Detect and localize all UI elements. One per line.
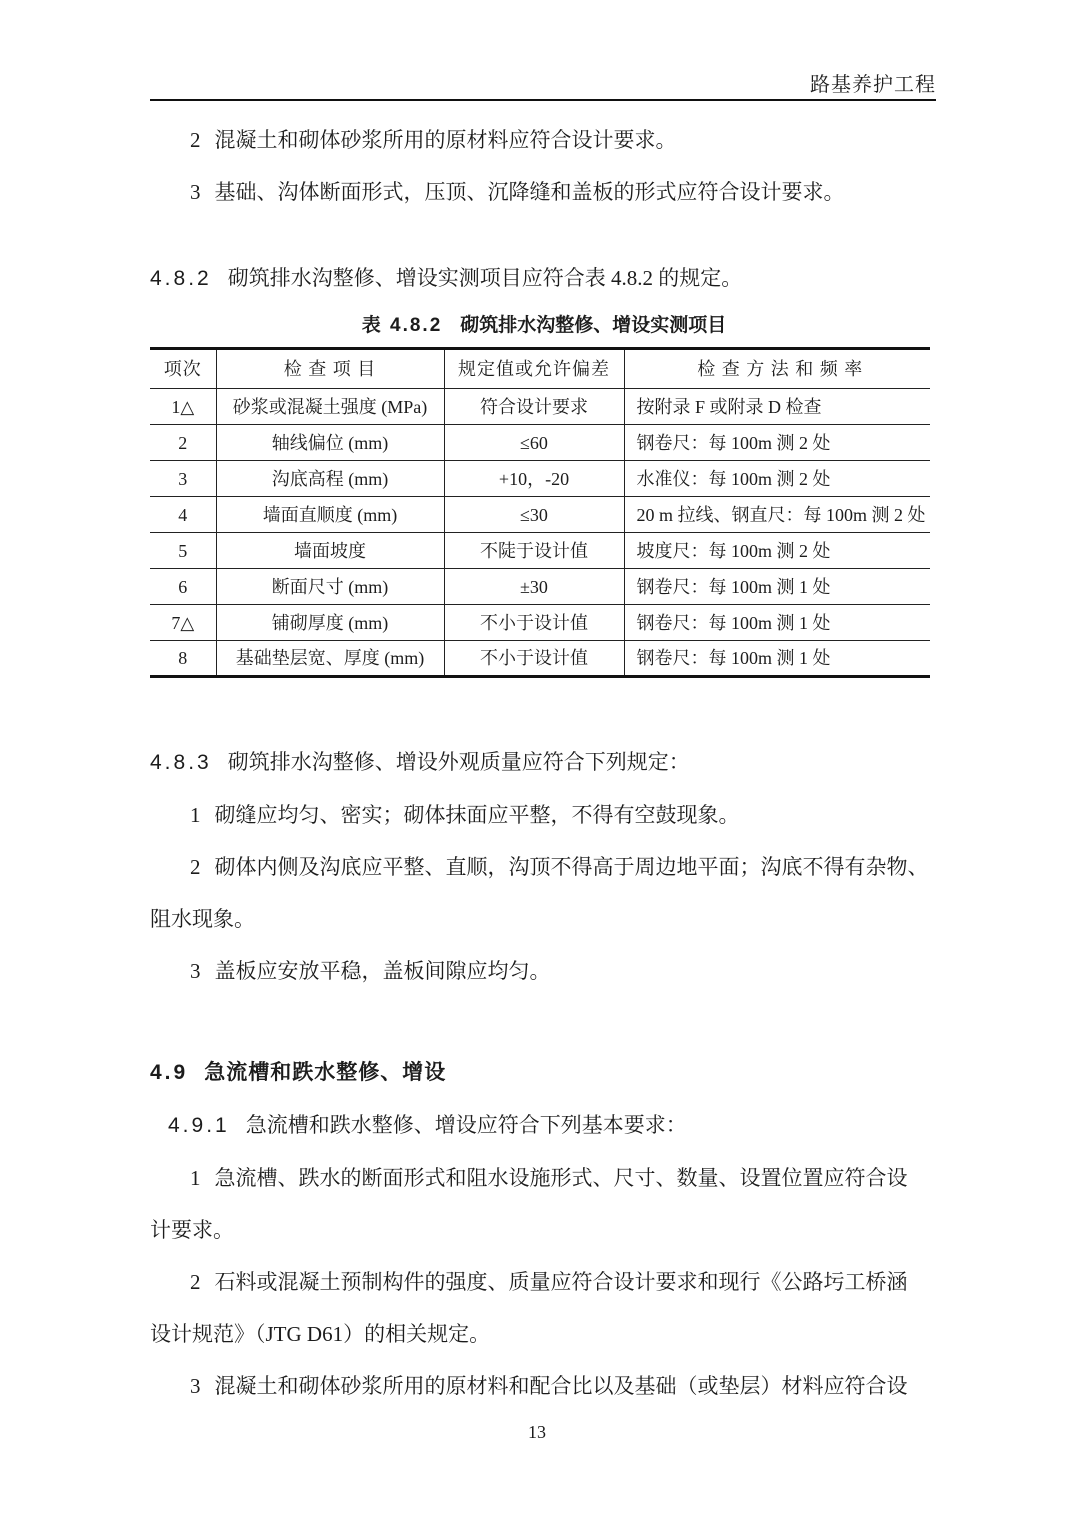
clause-text: 砌筑排水沟整修、增设外观质量应符合下列规定： <box>228 750 690 774</box>
list-item-continuation: 设计规范》（JTG D61）的相关规定。 <box>150 1308 938 1360</box>
column-header: 规定值或允许偏差 <box>444 349 624 389</box>
table-cell: 基础垫层宽、厚度 (mm) <box>216 641 444 677</box>
table-caption-label: 表 4.8.2 <box>362 315 443 336</box>
list-item-text: 砌缝应均匀、密实；砌体抹面应平整，不得有空鼓现象。 <box>215 803 740 827</box>
column-header: 项次 <box>150 349 216 389</box>
table-row: 5墙面坡度不陡于设计值坡度尺：每 100m 测 2 处 <box>150 533 930 569</box>
table-cell: 6 <box>150 569 216 605</box>
page-content: 2混凝土和砌体砂浆所用的原材料应符合设计要求。 3基础、沟体断面形式，压顶、沉降… <box>150 114 938 1412</box>
list-item-text: 混凝土和砌体砂浆所用的原材料和配合比以及基础（或垫层）材料应符合设 <box>215 1374 908 1398</box>
table-cell: 断面尺寸 (mm) <box>216 569 444 605</box>
table-cell: 7△ <box>150 605 216 641</box>
document-page: 路基养护工程 2混凝土和砌体砂浆所用的原材料应符合设计要求。 3基础、沟体断面形… <box>0 0 1074 1520</box>
running-header: 路基养护工程 <box>150 68 936 97</box>
paragraph-text: 混凝土和砌体砂浆所用的原材料应符合设计要求。 <box>215 128 677 152</box>
list-item-number: 3 <box>190 945 201 997</box>
list-item-text: 急流槽、跌水的断面形式和阻水设施形式、尺寸、数量、设置位置应符合设 <box>215 1166 908 1190</box>
table-cell: 水准仪：每 100m 测 2 处 <box>624 461 930 497</box>
clause-number: 4.9.1 <box>168 1114 230 1137</box>
clause-4-8-2: 4.8.2砌筑排水沟整修、增设实测项目应符合表 4.8.2 的规定。 <box>150 252 938 305</box>
clause-4-9-1: 4.9.1急流槽和跌水整修、增设应符合下列基本要求： <box>150 1099 938 1152</box>
page-number: 13 <box>0 1422 1074 1443</box>
table-cell: 墙面直顺度 (mm) <box>216 497 444 533</box>
table-cell: 不小于设计值 <box>444 641 624 677</box>
table-cell: 3 <box>150 461 216 497</box>
table-cell: 钢卷尺：每 100m 测 2 处 <box>624 425 930 461</box>
list-item-number: 1 <box>190 789 201 841</box>
table-caption-title: 砌筑排水沟整修、增设实测项目 <box>460 315 726 336</box>
table-row: 6断面尺寸 (mm)±30钢卷尺：每 100m 测 1 处 <box>150 569 930 605</box>
list-item-number: 1 <box>190 1152 201 1204</box>
paragraph-text: 基础、沟体断面形式，压顶、沉降缝和盖板的形式应符合设计要求。 <box>215 180 845 204</box>
table-cell: 不陡于设计值 <box>444 533 624 569</box>
table-cell: 符合设计要求 <box>444 389 624 425</box>
clause-text: 急流槽和跌水整修、增设应符合下列基本要求： <box>246 1113 687 1137</box>
table-cell: 坡度尺：每 100m 测 2 处 <box>624 533 930 569</box>
running-header-title: 路基养护工程 <box>810 74 936 96</box>
table-row: 4墙面直顺度 (mm)≤3020 m 拉线、钢直尺：每 100m 测 2 处 <box>150 497 930 533</box>
list-item: 3混凝土和砌体砂浆所用的原材料和配合比以及基础（或垫层）材料应符合设 <box>150 1360 938 1412</box>
inspection-items-table: 项次 检 查 项 目 规定值或允许偏差 检 查 方 法 和 频 率 1△砂浆或混… <box>150 347 930 678</box>
list-item-text: 石料或混凝土预制构件的强度、质量应符合设计要求和现行《公路圬工桥涵 <box>215 1270 908 1294</box>
list-item: 2砌体内侧及沟底应平整、直顺，沟顶不得高于周边地平面；沟底不得有杂物、 <box>150 841 938 893</box>
section-number: 4.9 <box>150 1061 188 1084</box>
table-cell: 不小于设计值 <box>444 605 624 641</box>
table-cell: 墙面坡度 <box>216 533 444 569</box>
table-row: 8基础垫层宽、厚度 (mm)不小于设计值钢卷尺：每 100m 测 1 处 <box>150 641 930 677</box>
table-row: 7△铺砌厚度 (mm)不小于设计值钢卷尺：每 100m 测 1 处 <box>150 605 930 641</box>
table-cell: 轴线偏位 (mm) <box>216 425 444 461</box>
list-item-continuation: 计要求。 <box>150 1204 938 1256</box>
table-header: 项次 检 查 项 目 规定值或允许偏差 检 查 方 法 和 频 率 <box>150 349 930 389</box>
table-row: 1△砂浆或混凝土强度 (MPa)符合设计要求按附录 F 或附录 D 检查 <box>150 389 930 425</box>
list-item: 2石料或混凝土预制构件的强度、质量应符合设计要求和现行《公路圬工桥涵 <box>150 1256 938 1308</box>
list-item-number: 2 <box>190 1256 201 1308</box>
column-header: 检 查 项 目 <box>216 349 444 389</box>
list-item: 1砌缝应均匀、密实；砌体抹面应平整，不得有空鼓现象。 <box>150 789 938 841</box>
list-item: 3盖板应安放平稳，盖板间隙应均匀。 <box>150 945 938 997</box>
list-item-number: 2 <box>190 841 201 893</box>
list-item-text: 盖板应安放平稳，盖板间隙应均匀。 <box>215 959 551 983</box>
header-rule <box>150 99 936 101</box>
table-caption: 表 4.8.2砌筑排水沟整修、增设实测项目 <box>150 309 938 343</box>
table-cell: 1△ <box>150 389 216 425</box>
table-cell: 20 m 拉线、钢直尺：每 100m 测 2 处 <box>624 497 930 533</box>
table-cell: ≤60 <box>444 425 624 461</box>
table-cell: 铺砌厚度 (mm) <box>216 605 444 641</box>
list-item-continuation: 阻水现象。 <box>150 893 938 945</box>
section-4-9-heading: 4.9急流槽和跌水整修、增设 <box>150 1047 938 1099</box>
paragraph: 3基础、沟体断面形式，压顶、沉降缝和盖板的形式应符合设计要求。 <box>150 166 938 218</box>
clause-4-8-3: 4.8.3砌筑排水沟整修、增设外观质量应符合下列规定： <box>150 736 938 789</box>
table-cell: 5 <box>150 533 216 569</box>
table-cell: 8 <box>150 641 216 677</box>
list-item: 1急流槽、跌水的断面形式和阻水设施形式、尺寸、数量、设置位置应符合设 <box>150 1152 938 1204</box>
table-cell: ±30 <box>444 569 624 605</box>
table-cell: 钢卷尺：每 100m 测 1 处 <box>624 605 930 641</box>
table-cell: 2 <box>150 425 216 461</box>
table-cell: 沟底高程 (mm) <box>216 461 444 497</box>
clause-number: 4.8.3 <box>150 751 212 774</box>
table-cell: 4 <box>150 497 216 533</box>
table-cell: 按附录 F 或附录 D 检查 <box>624 389 930 425</box>
table-header-row: 项次 检 查 项 目 规定值或允许偏差 检 查 方 法 和 频 率 <box>150 349 930 389</box>
clause-number: 4.8.2 <box>150 267 212 290</box>
list-item-number: 3 <box>190 166 201 218</box>
table-cell: 砂浆或混凝土强度 (MPa) <box>216 389 444 425</box>
list-item-number: 3 <box>190 1360 201 1412</box>
list-item-number: 2 <box>190 114 201 166</box>
table-cell: 钢卷尺：每 100m 测 1 处 <box>624 569 930 605</box>
table-cell: +10，-20 <box>444 461 624 497</box>
section-title: 急流槽和跌水整修、增设 <box>204 1061 446 1084</box>
column-header: 检 查 方 法 和 频 率 <box>624 349 930 389</box>
table-row: 2轴线偏位 (mm)≤60钢卷尺：每 100m 测 2 处 <box>150 425 930 461</box>
table-row: 3沟底高程 (mm)+10，-20水准仪：每 100m 测 2 处 <box>150 461 930 497</box>
list-item-text: 砌体内侧及沟底应平整、直顺，沟顶不得高于周边地平面；沟底不得有杂物、 <box>215 855 929 879</box>
table-body: 1△砂浆或混凝土强度 (MPa)符合设计要求按附录 F 或附录 D 检查2轴线偏… <box>150 389 930 677</box>
paragraph: 2混凝土和砌体砂浆所用的原材料应符合设计要求。 <box>150 114 938 166</box>
clause-text: 砌筑排水沟整修、增设实测项目应符合表 4.8.2 的规定。 <box>228 266 743 290</box>
table-cell: ≤30 <box>444 497 624 533</box>
table-cell: 钢卷尺：每 100m 测 1 处 <box>624 641 930 677</box>
